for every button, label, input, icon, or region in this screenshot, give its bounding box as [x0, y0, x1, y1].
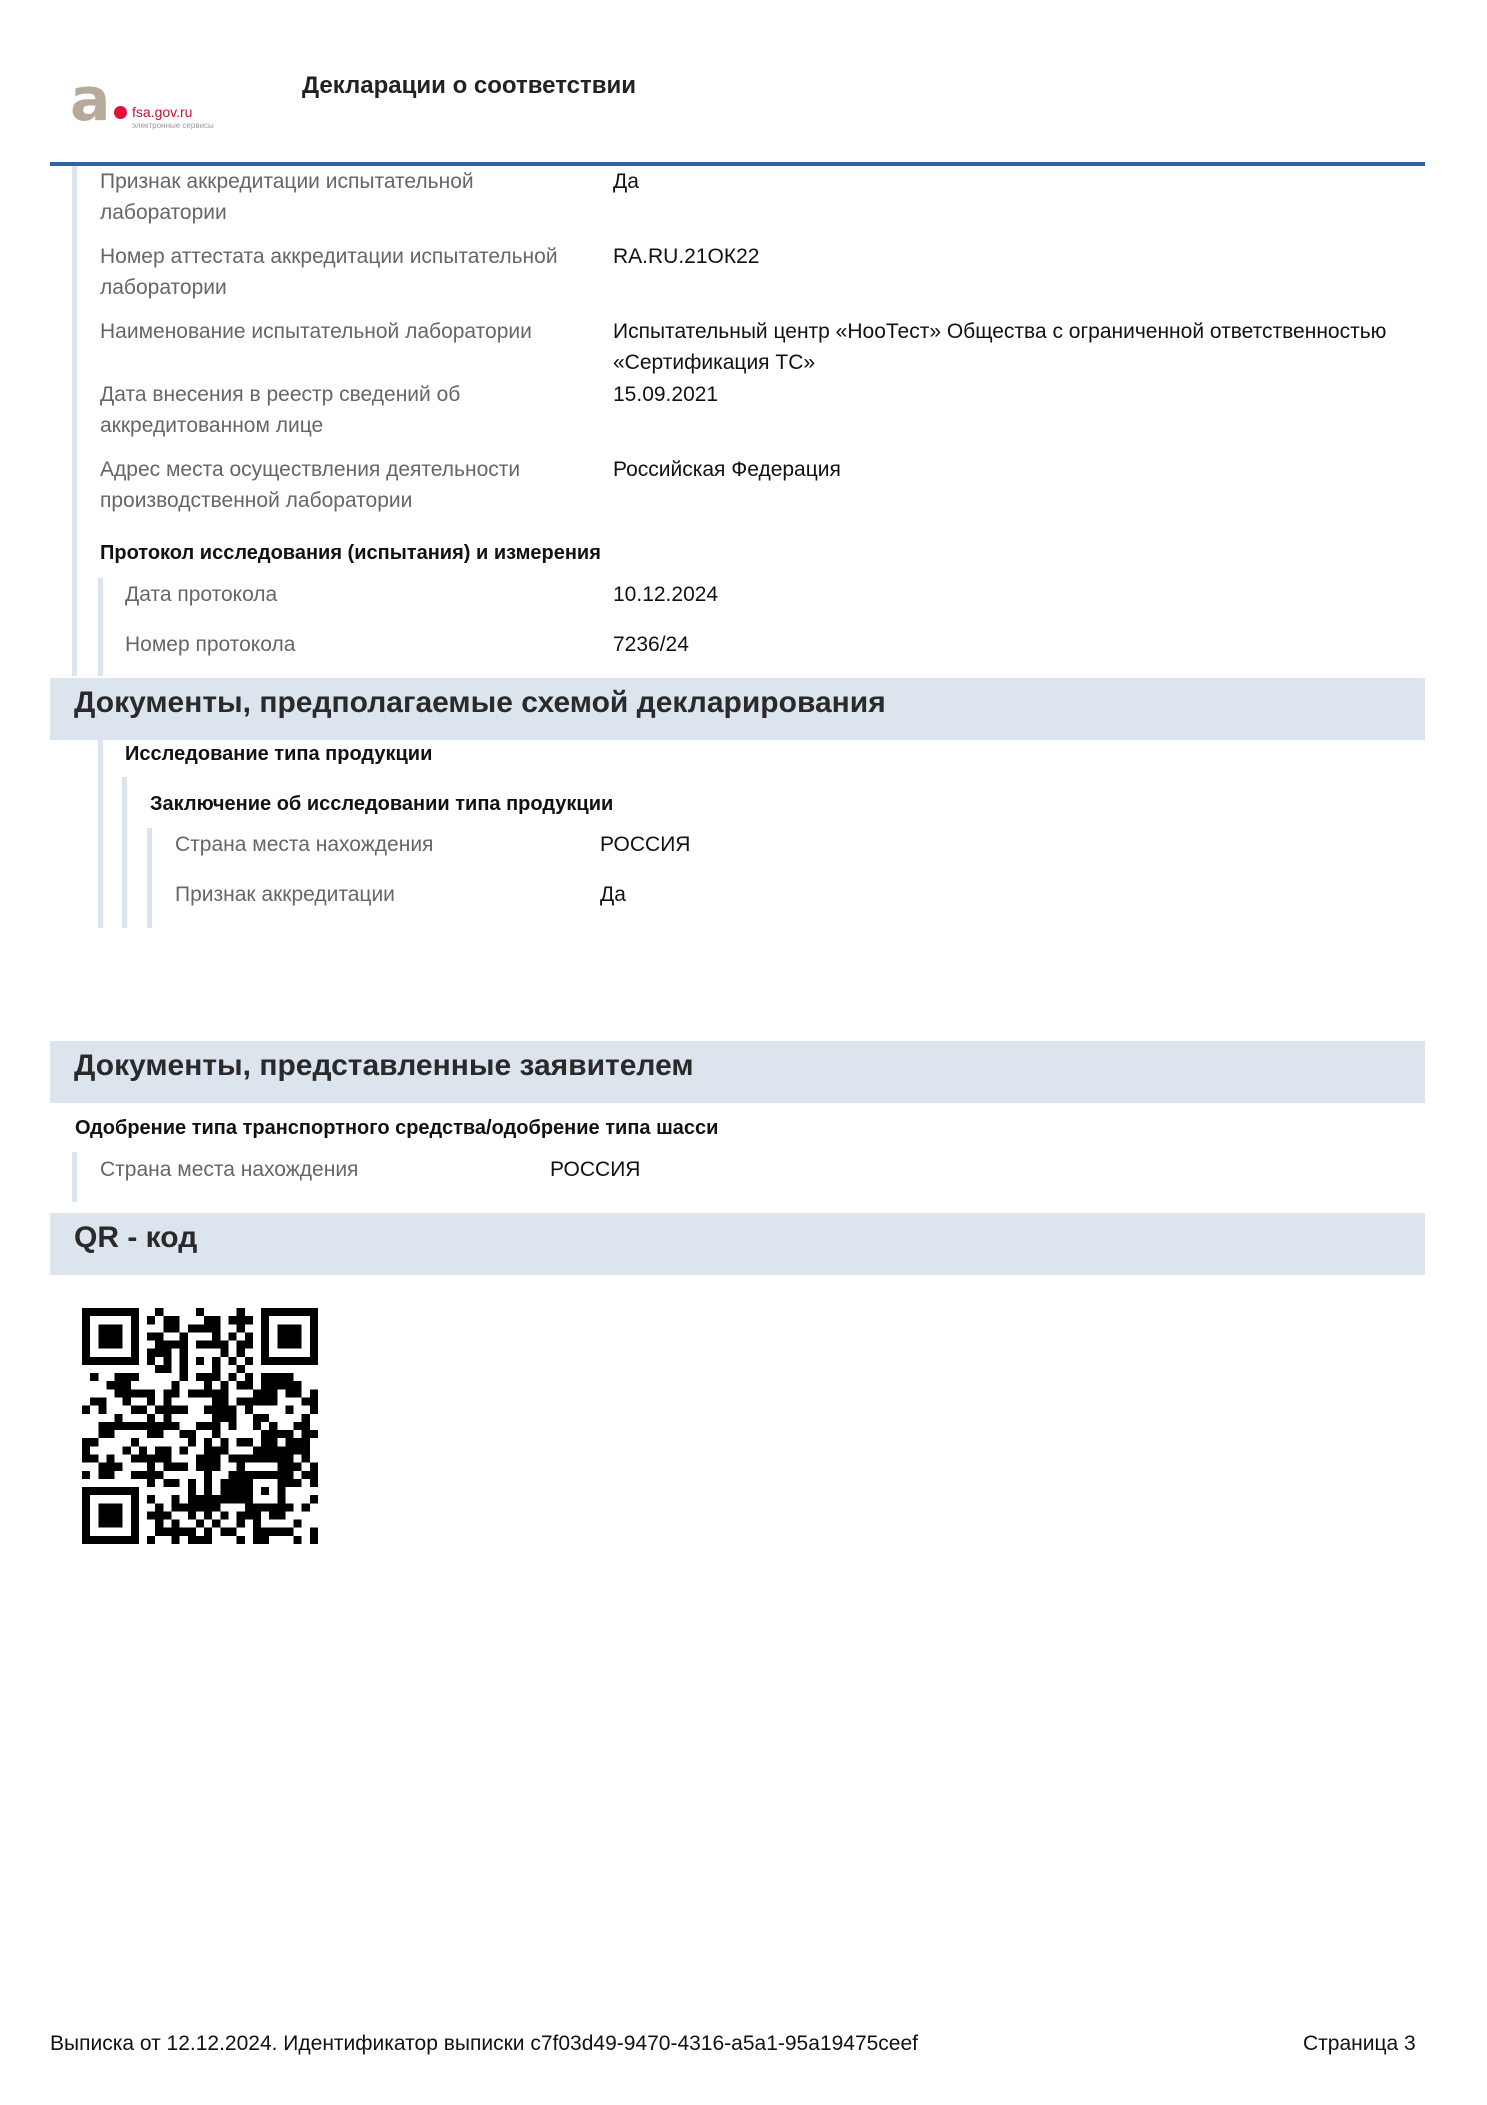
field-value: Российская Федерация — [613, 454, 841, 485]
section-border — [72, 166, 77, 676]
protocol-border — [98, 578, 103, 676]
group-title: Одобрение типа транспортного средства/од… — [75, 1117, 718, 1140]
logo-site: fsa.gov.ru — [132, 104, 192, 120]
field-label: Адрес места осуществления деятельности п… — [100, 454, 570, 516]
group-border — [98, 740, 103, 928]
logo-subtitle: электронные сервисы — [132, 121, 214, 130]
section-header-applicant: Документы, представленные заявителем — [50, 1041, 1425, 1103]
field-value: РОССИЯ — [550, 1154, 640, 1185]
logo-mark-icon: а — [70, 72, 111, 128]
protocol-title: Протокол исследования (испытания) и изме… — [100, 542, 601, 565]
section-header-scheme: Документы, предполагаемые схемой деклари… — [50, 678, 1425, 740]
section-title: Документы, представленные заявителем — [74, 1049, 694, 1083]
field-value: RA.RU.21ОК22 — [613, 241, 759, 272]
fields-border — [147, 828, 152, 928]
qr-code-icon — [82, 1308, 318, 1544]
field-label: Страна места нахождения — [175, 829, 433, 860]
fsa-logo: а fsa.gov.ru электронные сервисы — [70, 68, 250, 134]
field-label: Номер протокола — [125, 629, 295, 660]
field-label: Признак аккредитации испытательной лабор… — [100, 166, 600, 228]
field-label: Признак аккредитации — [175, 879, 395, 910]
logo-dot-icon — [114, 106, 127, 119]
document-title: Декларации о соответствии — [302, 72, 636, 100]
fields-border — [72, 1152, 77, 1202]
field-value: Да — [613, 166, 639, 197]
section-title: QR - код — [74, 1221, 197, 1255]
field-value: Испытательный центр «НооТест» Общества с… — [613, 316, 1463, 378]
field-label: Страна места нахождения — [100, 1154, 358, 1185]
subgroup-border — [122, 777, 127, 928]
field-value: 10.12.2024 — [613, 579, 718, 610]
field-value: 15.09.2021 — [613, 379, 718, 410]
subgroup-title: Заключение об исследовании типа продукци… — [150, 793, 613, 816]
field-value: РОССИЯ — [600, 829, 690, 860]
section-title: Документы, предполагаемые схемой деклари… — [74, 686, 886, 720]
field-label: Номер аттестата аккредитации испытательн… — [100, 241, 610, 303]
field-value: 7236/24 — [613, 629, 689, 660]
field-value: Да — [600, 879, 626, 910]
section-header-qr: QR - код — [50, 1213, 1425, 1275]
group-title: Исследование типа продукции — [125, 743, 432, 766]
field-label: Наименование испытательной лаборатории — [100, 316, 600, 347]
field-label: Дата протокола — [125, 579, 277, 610]
field-label: Дата внесения в реестр сведений об аккре… — [100, 379, 520, 441]
footer-extract-info: Выписка от 12.12.2024. Идентификатор вып… — [50, 2032, 918, 2056]
page-number: Страница 3 — [1303, 2032, 1416, 2056]
